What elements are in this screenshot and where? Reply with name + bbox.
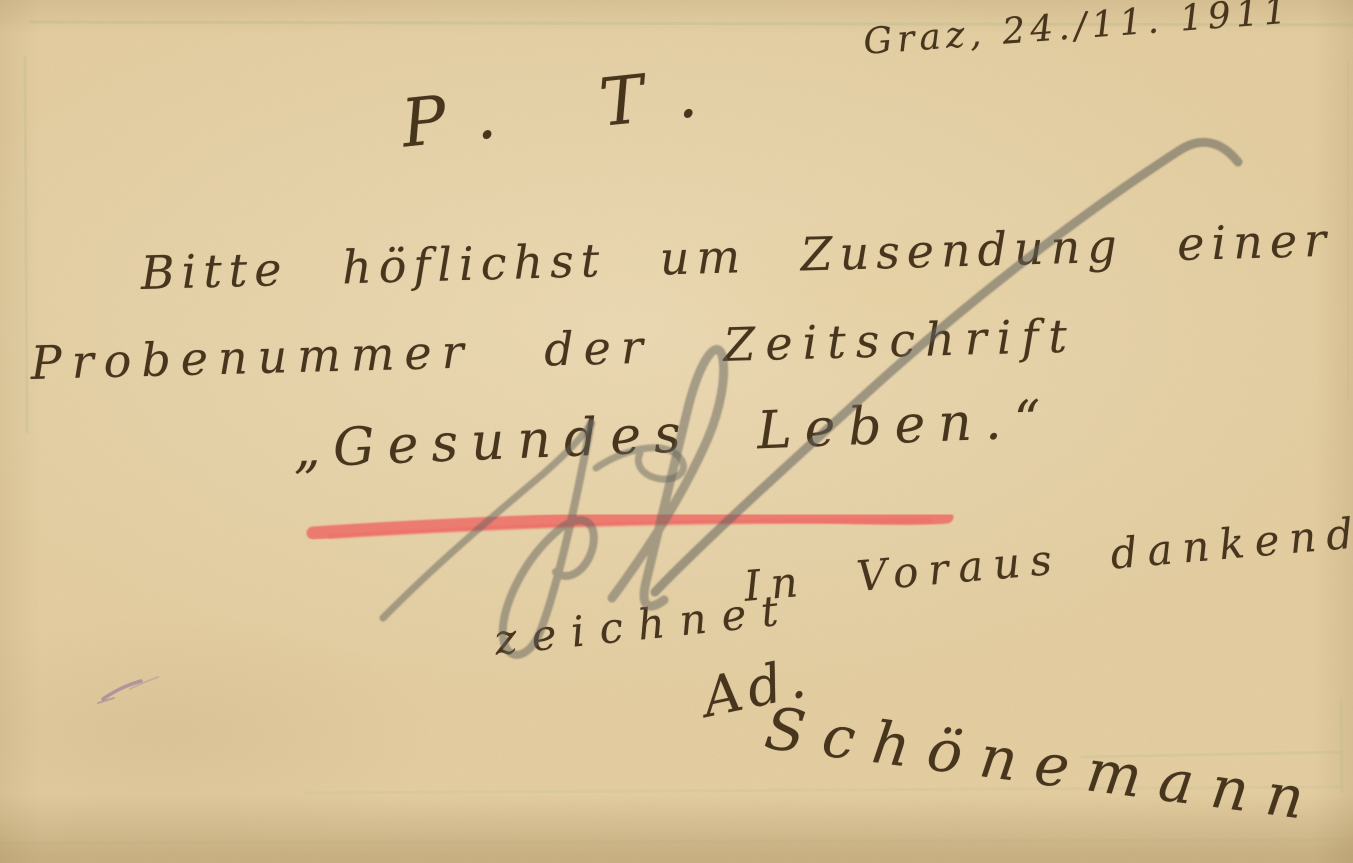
signature-name: Schönemann bbox=[761, 694, 1326, 835]
body-line-2: Probenummer der Zeitschrift bbox=[30, 309, 1078, 390]
magazine-title: „Gesundes Leben.“ bbox=[292, 389, 1055, 479]
purple-smudge-mark bbox=[98, 677, 158, 703]
closing-line-1: In Voraus dankend bbox=[742, 508, 1353, 611]
red-underline-mark bbox=[313, 517, 947, 537]
salutation: P. T. bbox=[398, 51, 742, 163]
dateline: Graz, 24./11. 1911 bbox=[862, 0, 1293, 63]
closing-line-2: zeichnet bbox=[492, 585, 795, 665]
body-line-1: Bitte höflichst um Zusendung einer bbox=[140, 213, 1334, 300]
postcard: Graz, 24./11. 1911 P. T. Bitte höflichst… bbox=[0, 0, 1353, 863]
